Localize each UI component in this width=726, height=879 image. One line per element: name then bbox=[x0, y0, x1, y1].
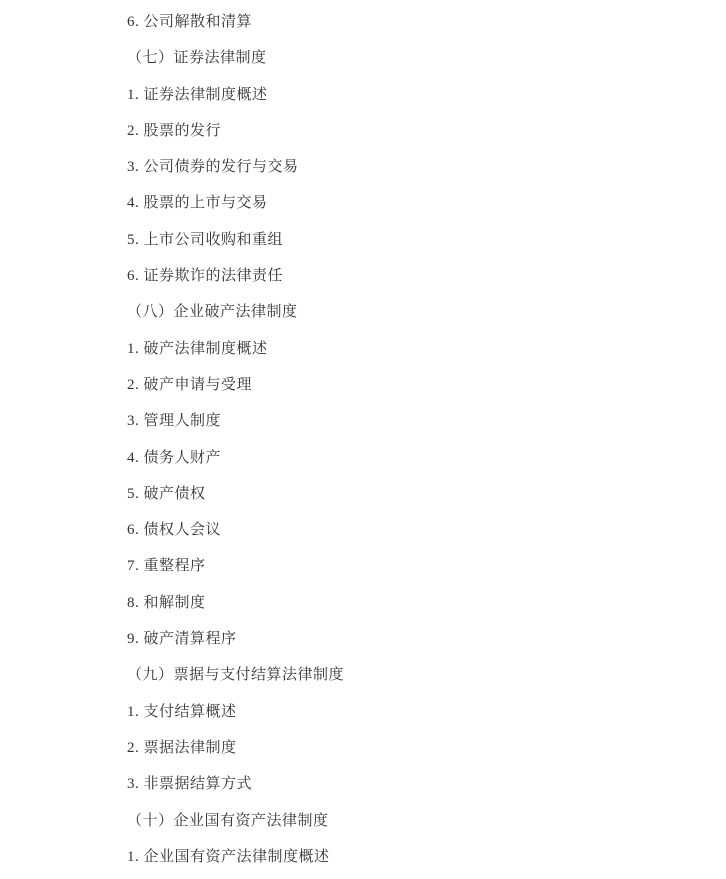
list-item: 2. 票据法律制度 bbox=[127, 730, 686, 766]
list-item: 3. 管理人制度 bbox=[127, 403, 686, 439]
list-item: 9. 破产清算程序 bbox=[127, 621, 686, 657]
list-item: 8. 和解制度 bbox=[127, 585, 686, 621]
document-body: 6. 公司解散和清算（七）证券法律制度1. 证券法律制度概述2. 股票的发行3.… bbox=[127, 4, 686, 875]
list-item: 5. 破产债权 bbox=[127, 476, 686, 512]
list-item: 6. 债权人会议 bbox=[127, 512, 686, 548]
list-item: 7. 重整程序 bbox=[127, 548, 686, 584]
list-item: 4. 债务人财产 bbox=[127, 440, 686, 476]
list-item: 5. 上市公司收购和重组 bbox=[127, 222, 686, 258]
list-item: 1. 破产法律制度概述 bbox=[127, 331, 686, 367]
list-item: 3. 公司债券的发行与交易 bbox=[127, 149, 686, 185]
list-item: 2. 股票的发行 bbox=[127, 113, 686, 149]
list-item: 1. 企业国有资产法律制度概述 bbox=[127, 839, 686, 875]
document-page: 6. 公司解散和清算（七）证券法律制度1. 证券法律制度概述2. 股票的发行3.… bbox=[0, 0, 726, 879]
section-heading: （十）企业国有资产法律制度 bbox=[127, 803, 686, 839]
list-item: 1. 证券法律制度概述 bbox=[127, 77, 686, 113]
list-item: 6. 证券欺诈的法律责任 bbox=[127, 258, 686, 294]
section-heading: （七）证券法律制度 bbox=[127, 40, 686, 76]
list-item: 1. 支付结算概述 bbox=[127, 694, 686, 730]
list-item: 6. 公司解散和清算 bbox=[127, 4, 686, 40]
list-item: 4. 股票的上市与交易 bbox=[127, 185, 686, 221]
list-item: 2. 破产申请与受理 bbox=[127, 367, 686, 403]
list-item: 3. 非票据结算方式 bbox=[127, 766, 686, 802]
section-heading: （九）票据与支付结算法律制度 bbox=[127, 657, 686, 693]
section-heading: （八）企业破产法律制度 bbox=[127, 294, 686, 330]
